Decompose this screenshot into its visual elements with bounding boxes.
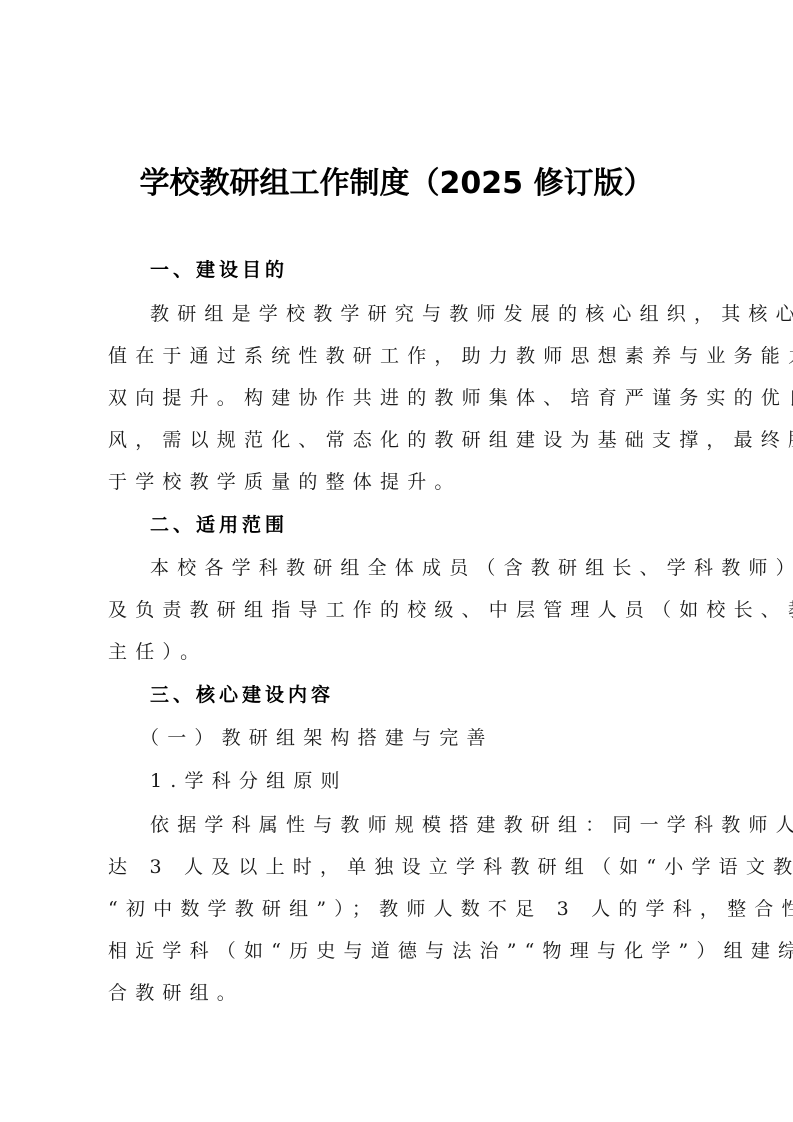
section-heading-core-content: 三、核心建设内容 <box>150 683 334 707</box>
paragraph-line: 双向提升。构建协作共进的教师集体、培育严谨务实的优良教 <box>108 386 793 410</box>
document-page: 学校教研组工作制度（2025 修订版） 一、建设目的 教研组是学校教学研究与教师… <box>0 0 793 1122</box>
paragraph-line: 相近学科（如“历史与道德与法治”“物理与化学”）组建综 <box>108 939 793 963</box>
document-title: 学校教研组工作制度（2025 修订版） <box>0 158 793 202</box>
paragraph-line: “初中数学教研组”）；教师人数不足 3 人的学科，整合性质 <box>108 897 793 921</box>
paragraph-line: 本校各学科教研组全体成员（含教研组长、学科教师）， <box>150 556 793 580</box>
section-heading-scope: 二、适用范围 <box>150 513 288 537</box>
paragraph-line: 主任）。 <box>108 640 207 664</box>
item-title: 1.学科分组原则 <box>150 769 348 793</box>
paragraph-line: 及负责教研组指导工作的校级、中层管理人员（如校长、教导 <box>108 598 793 622</box>
paragraph-line: 依据学科属性与教师规模搭建教研组：同一学科教师人数 <box>150 813 793 837</box>
paragraph-line: 达 3 人及以上时，单独设立学科教研组（如“小学语文教研组” <box>108 855 793 879</box>
paragraph-line: 风，需以规范化、常态化的教研组建设为基础支撑，最终服务 <box>108 428 793 452</box>
subsection-heading: （一）教研组架构搭建与完善 <box>140 726 494 750</box>
paragraph-line: 教研组是学校教学研究与教师发展的核心组织，其核心价 <box>150 302 793 326</box>
paragraph-line: 合教研组。 <box>108 981 244 1005</box>
paragraph-line: 于学校教学质量的整体提升。 <box>108 470 462 494</box>
paragraph-line: 值在于通过系统性教研工作，助力教师思想素养与业务能力的 <box>108 344 793 368</box>
section-heading-purpose: 一、建设目的 <box>150 258 288 282</box>
